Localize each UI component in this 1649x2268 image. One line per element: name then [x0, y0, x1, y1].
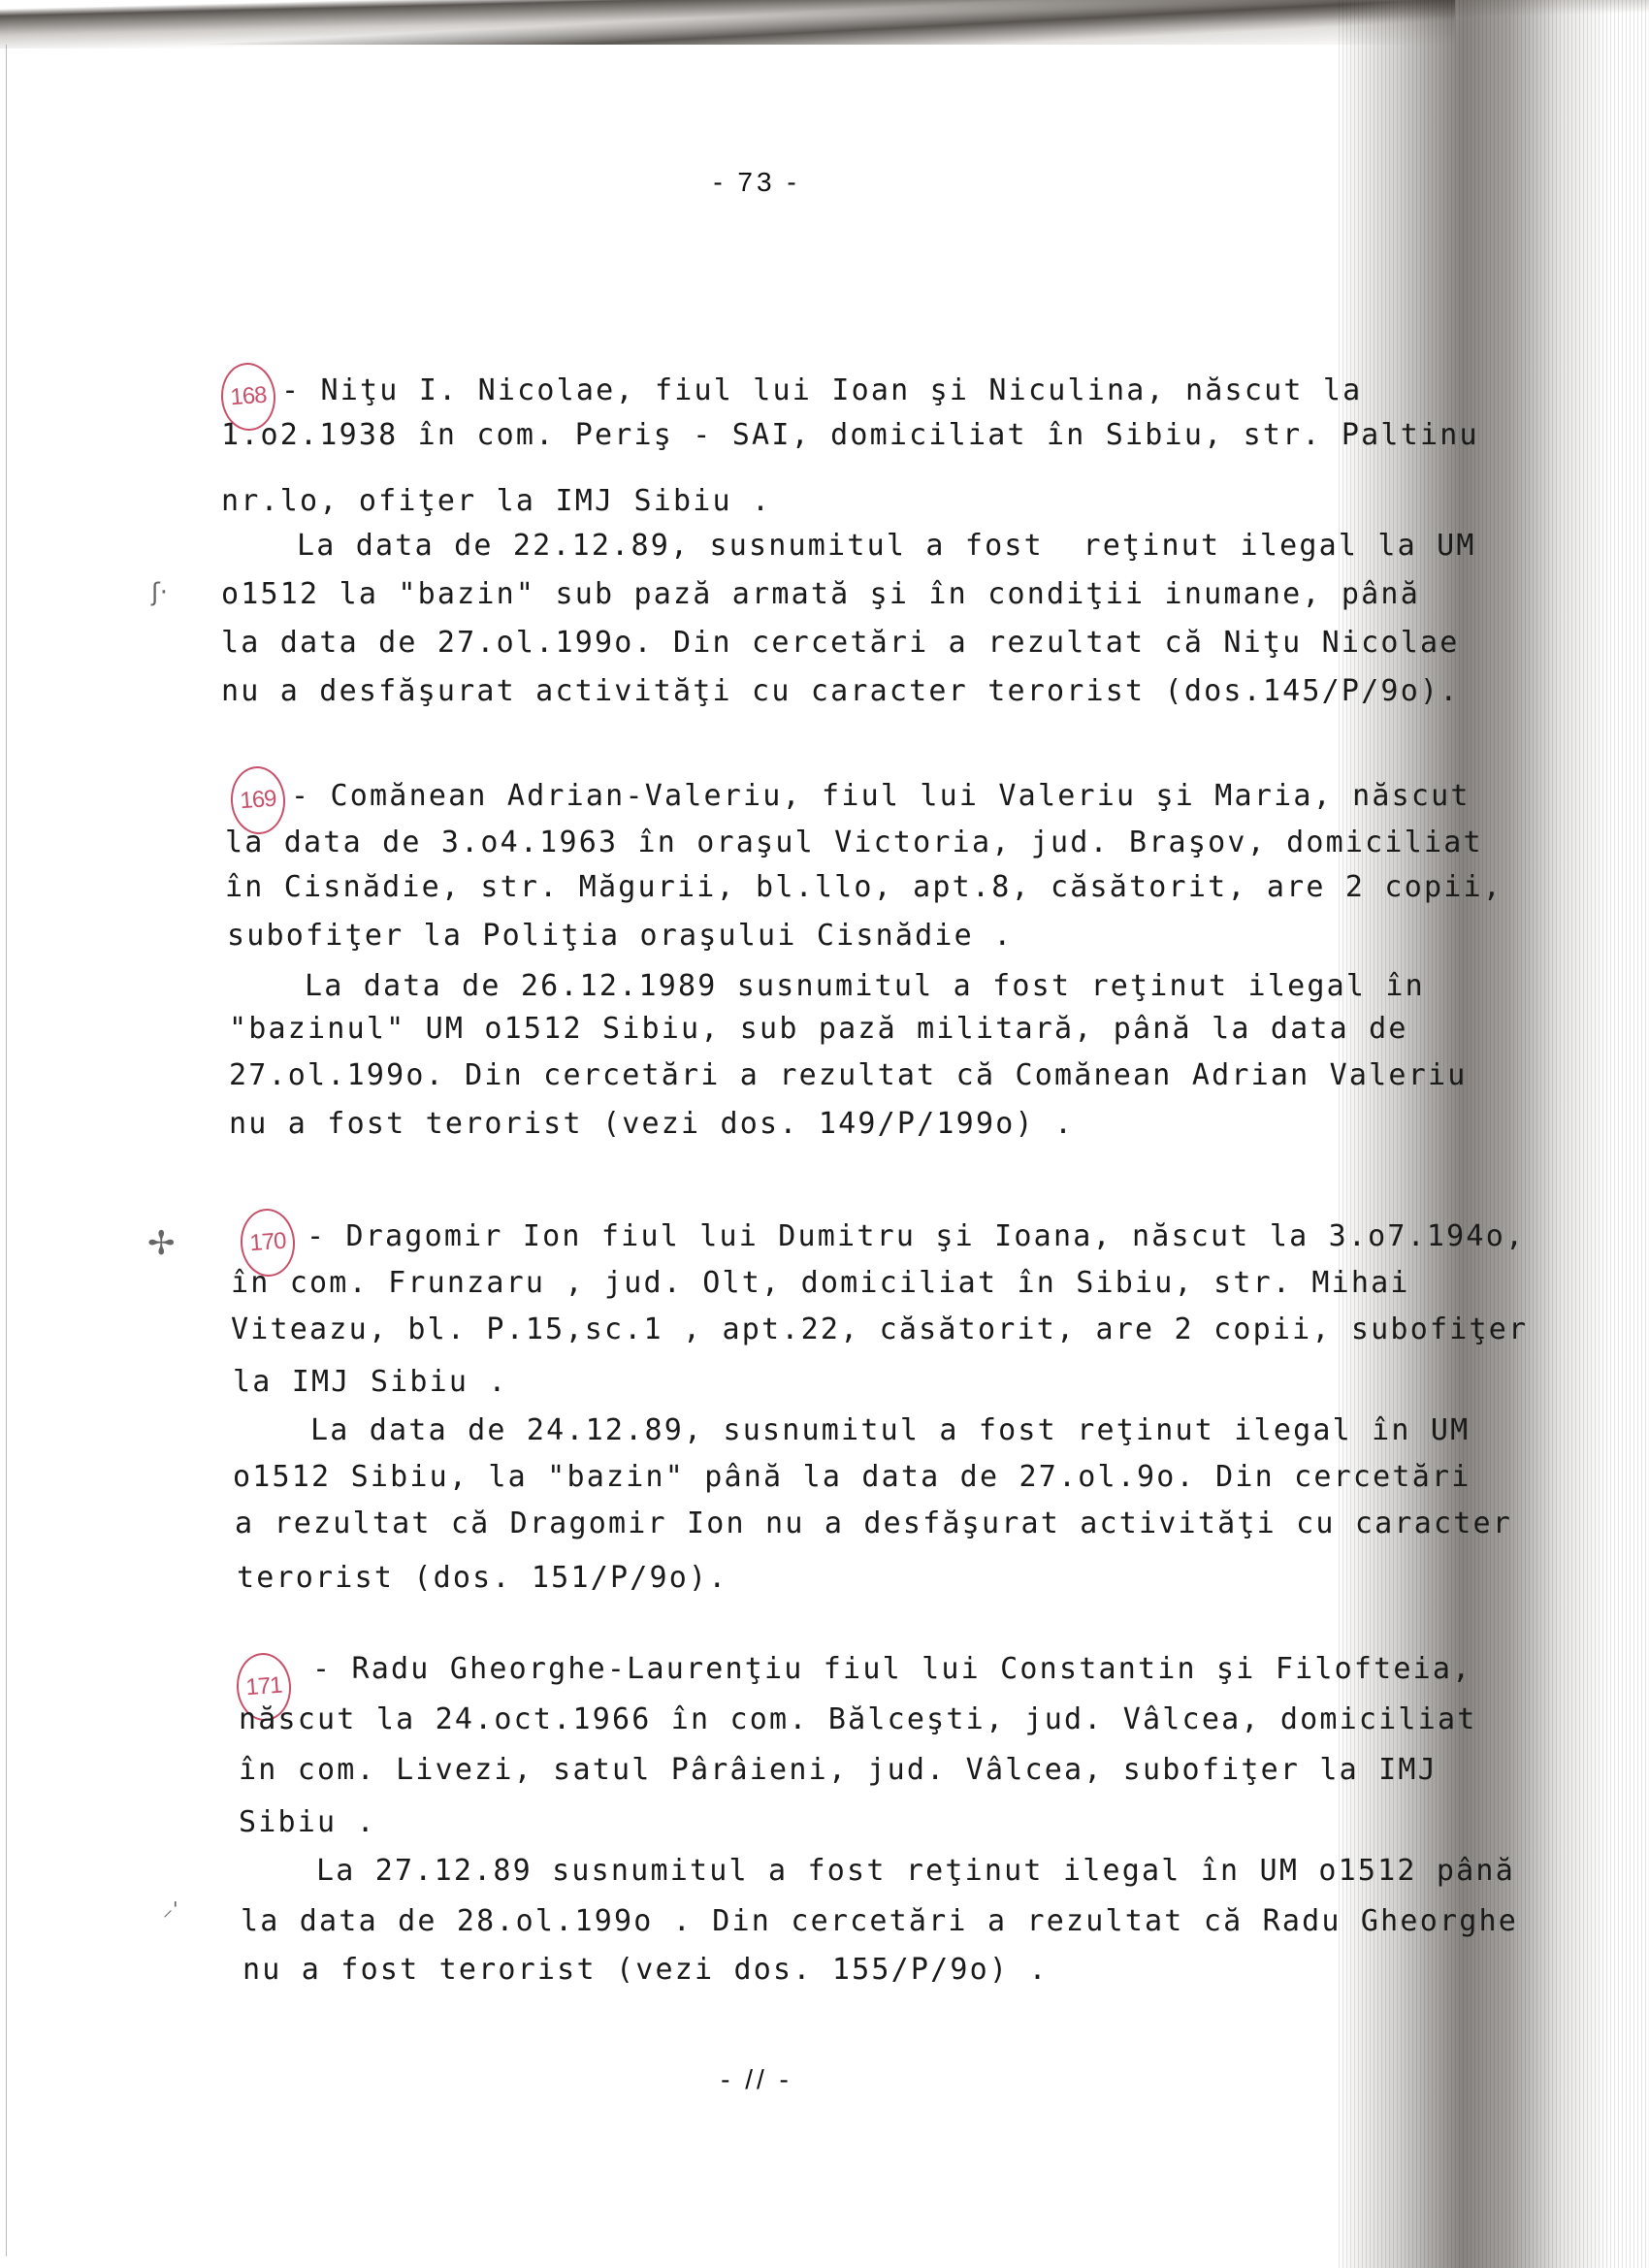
entry-line: în com. Livezi, satul Pârâieni, jud. Vâl…	[239, 1754, 1438, 1787]
page-footer: - // -	[0, 2064, 1513, 2095]
entry-line: - Radu Gheorghe-Laurenţiu fiul lui Const…	[312, 1653, 1471, 1686]
scan-edge-shadow-secondary	[0, 0, 1455, 45]
entry-line: La data de 26.12.1989 susnumitul a fost …	[305, 970, 1425, 1003]
entry-line: la data de 3.o4.1963 în oraşul Victoria,…	[225, 826, 1483, 859]
entry-line: nu a desfăşurat activităţi cu caracter t…	[221, 675, 1459, 708]
entry-line: terorist (dos. 151/P/9o).	[237, 1562, 728, 1595]
entry-line: 27.ol.199o. Din cercetări a rezultat că …	[229, 1059, 1467, 1092]
tick-mark-icon: ⸝'	[163, 1895, 178, 1922]
entry-line: nr.lo, ofiţer la IMJ Sibiu .	[221, 485, 771, 518]
entry-line: La 27.12.89 susnumitul a fost reţinut il…	[316, 1855, 1515, 1888]
entry-line: în com. Frunzaru , jud. Olt, domiciliat …	[231, 1267, 1410, 1300]
entry-line: a rezultat că Dragomir Ion nu a desfăşur…	[235, 1507, 1512, 1540]
entry-line: La data de 24.12.89, susnumitul a fost r…	[310, 1414, 1470, 1447]
entry-line: Sibiu .	[239, 1806, 376, 1839]
entry-line: nu a fost terorist (vezi dos. 149/P/199o…	[229, 1108, 1074, 1141]
entry-line: la data de 28.ol.199o . Din cercetări a …	[241, 1905, 1518, 1938]
entry-line: o1512 Sibiu, la "bazin" până la data de …	[233, 1461, 1471, 1494]
entry-line: la IMJ Sibiu .	[233, 1366, 508, 1399]
pen-mark-icon: ʃ·	[151, 578, 168, 607]
entry-line: 1.o2.1938 în com. Periş - SAI, domicilia…	[221, 419, 1479, 452]
entry-line: născut la 24.oct.1966 în com. Bălceşti, …	[239, 1703, 1476, 1736]
star-mark-icon: ✢	[147, 1224, 176, 1263]
entry-line: Viteazu, bl. P.15,sc.1 , apt.22, căsător…	[231, 1313, 1528, 1346]
entry-line: o1512 la "bazin" sub pază armată şi în c…	[221, 578, 1420, 611]
entry-line: în Cisnădie, str. Măgurii, bl.llo, apt.8…	[225, 871, 1503, 904]
entry-line: subofiţer la Poliţia oraşului Cisnădie .	[227, 920, 1013, 953]
entry-line: la data de 27.ol.199o. Din cercetări a r…	[221, 627, 1459, 660]
entry-line: - Dragomir Ion fiul lui Dumitru şi Ioana…	[307, 1220, 1525, 1253]
entry-line: La data de 22.12.89, susnumitul a fost r…	[297, 530, 1476, 563]
entry-line: "bazinul" UM o1512 Sibiu, sub pază milit…	[229, 1013, 1408, 1046]
entry-line: nu a fost terorist (vezi dos. 155/P/9o) …	[242, 1954, 1049, 1987]
page-left-edge	[6, 45, 7, 2256]
page-number: - 73 -	[0, 167, 1513, 198]
entry-line: - Niţu I. Nicolae, fiul lui Ioan şi Nicu…	[281, 374, 1362, 407]
entry-line: - Comănean Adrian-Valeriu, fiul lui Vale…	[291, 780, 1471, 813]
